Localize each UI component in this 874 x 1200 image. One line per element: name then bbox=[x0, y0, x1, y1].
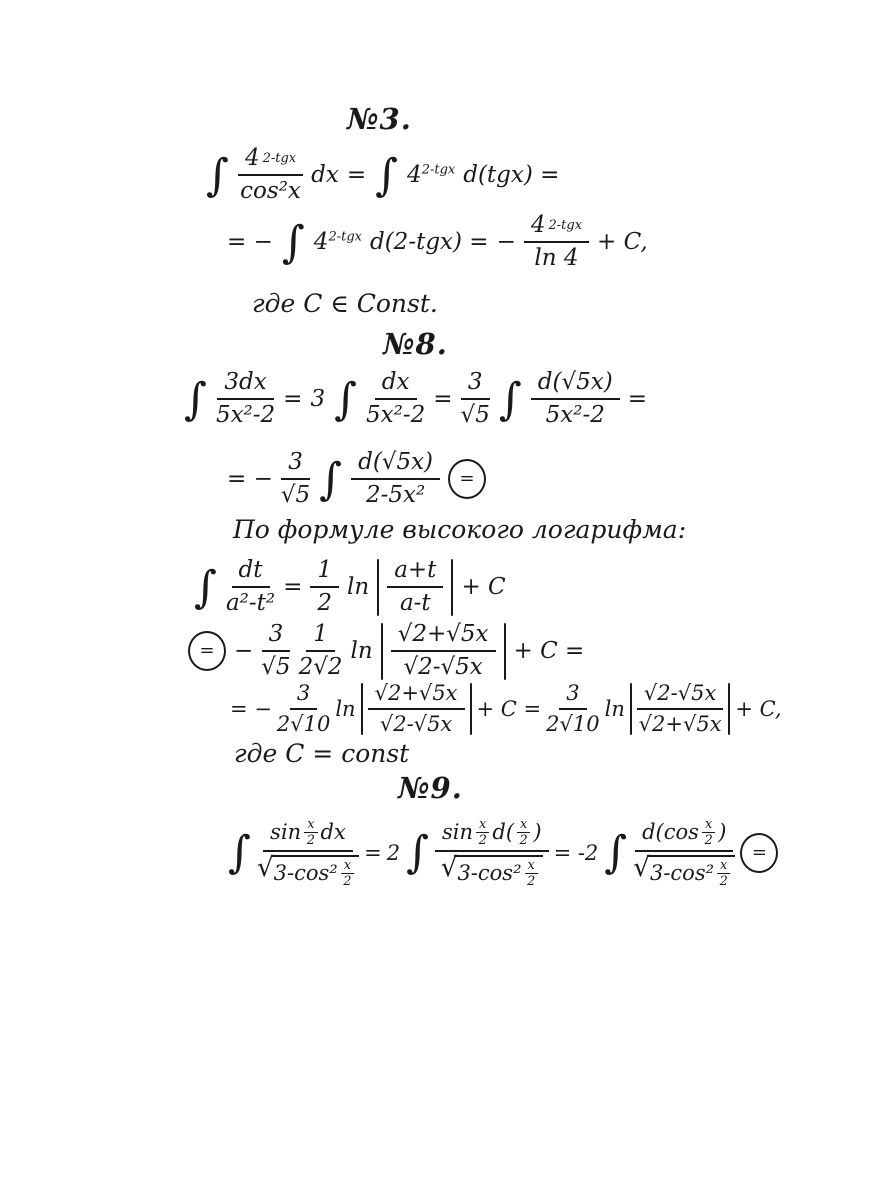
fraction-denominator: 2-5x² bbox=[366, 480, 425, 508]
radicand: 3-cos² x 2 bbox=[647, 855, 735, 888]
fraction: √2+√5x √2-√5x bbox=[368, 682, 465, 736]
base: 4 bbox=[407, 162, 422, 188]
mini-denominator-2: 2 bbox=[307, 833, 315, 847]
denominator-sqrt2-minus-sqrt5x: √2-√5x bbox=[403, 655, 482, 680]
radicand: 3-cos² x 2 bbox=[454, 855, 542, 888]
coefficient-2: 2 bbox=[387, 841, 400, 865]
numerator-3: 3 bbox=[468, 370, 483, 395]
three-minus-cos-squared: 3-cos² bbox=[650, 862, 714, 885]
minus: − bbox=[497, 229, 516, 255]
numerator-3dx: 3dx bbox=[224, 370, 266, 395]
natural-log: ln bbox=[335, 697, 355, 721]
abs-bar bbox=[470, 683, 472, 735]
fraction-numerator: 42-tgx bbox=[524, 213, 589, 243]
equals: = bbox=[628, 386, 647, 412]
fraction-denominator: ln 4 bbox=[534, 243, 578, 271]
problem-8-number: №8. bbox=[383, 328, 448, 361]
p9-line-1: ∫ sin x 2 dx √ 3-cos² x 2 bbox=[227, 818, 778, 888]
x-over-2: x 2 bbox=[525, 859, 538, 888]
scanned-handwritten-math-page: №3. ∫ 42-tgx cos²x dx = ∫ 42-tgx d(tgx) … bbox=[0, 0, 874, 1200]
mini-numerator-x: x bbox=[341, 859, 354, 874]
integral-sign: ∫ bbox=[228, 834, 251, 871]
fraction-denominator: 2√2 bbox=[299, 652, 343, 680]
p8-line-5: = − 3 √5 1 2√2 ln √2+√5x √2-√5x + C = bbox=[188, 622, 584, 681]
three-minus-cos-squared: 3-cos² bbox=[274, 862, 338, 885]
mini-denominator-2: 2 bbox=[720, 874, 728, 888]
fraction-denominator: 2√10 bbox=[546, 710, 599, 736]
natural-log: ln bbox=[351, 638, 373, 664]
fraction-numerator: a+t bbox=[387, 558, 443, 588]
fraction-numerator: d(√5x) bbox=[531, 370, 620, 400]
problem-3-heading: №3. bbox=[347, 103, 412, 136]
d-open-paren: d( bbox=[492, 821, 514, 844]
plus-c-equals: + C = bbox=[477, 697, 542, 721]
fraction-numerator: 3 bbox=[262, 622, 291, 652]
abs-bar bbox=[504, 623, 506, 680]
fraction-denominator: √ 3-cos² x 2 bbox=[633, 852, 735, 888]
fraction: sin x 2 d( x 2 ) √ 3-cos² bbox=[435, 818, 549, 888]
p3-where-note: где C ∈ Const. bbox=[252, 290, 438, 319]
plus-c: + C bbox=[461, 574, 505, 600]
fraction-denominator: 5x²-2 bbox=[216, 400, 275, 428]
denominator-a-minus-t: a-t bbox=[400, 591, 431, 616]
denominator-a2-t2: a²-t² bbox=[226, 591, 275, 616]
ln-4: ln 4 bbox=[534, 246, 578, 271]
fraction-denominator: √5 bbox=[281, 480, 310, 508]
exponent: 2-tgx bbox=[328, 229, 362, 244]
denominator-5x2-2: 5x²-2 bbox=[366, 403, 425, 428]
integral-sign: ∫ bbox=[406, 834, 429, 871]
power-term: 42-tgx bbox=[314, 229, 362, 255]
plus-c-comma: + C, bbox=[735, 697, 781, 721]
numerator-sqrt2-plus-sqrt5x: √2+√5x bbox=[375, 682, 458, 705]
fraction-numerator: 3dx bbox=[217, 370, 273, 400]
fraction-denominator: √5 bbox=[461, 400, 490, 428]
numerator-sqrt2-minus-sqrt5x: √2-√5x bbox=[644, 682, 716, 705]
p3-line-2: = − ∫ 42-tgx d(2-tgx) = − 42-tgx ln 4 + … bbox=[227, 213, 648, 272]
fraction-numerator: d(√5x) bbox=[351, 450, 440, 480]
fraction: 3dx 5x²-2 bbox=[216, 370, 275, 429]
integral-sign: ∫ bbox=[375, 157, 398, 194]
numerator-3: 3 bbox=[297, 682, 310, 705]
square-root: √ 3-cos² x 2 bbox=[633, 855, 735, 888]
abs-bar bbox=[451, 559, 453, 616]
fraction-denominator: √ 3-cos² x 2 bbox=[441, 852, 543, 888]
mini-denominator-2: 2 bbox=[479, 833, 487, 847]
fraction-numerator: 3 bbox=[559, 682, 586, 710]
integral-sign: ∫ bbox=[604, 834, 627, 871]
base: 4 bbox=[531, 213, 546, 238]
fraction: dx 5x²-2 bbox=[366, 370, 425, 429]
exponent: 2-tgx bbox=[263, 152, 297, 165]
mini-denominator-2: 2 bbox=[527, 874, 535, 888]
sin: sin bbox=[270, 821, 301, 844]
fraction-denominator: 2 bbox=[317, 588, 332, 616]
p8-line-1: ∫ 3dx 5x²-2 = 3 ∫ dx 5x²-2 = 3 √5 ∫ d(√5… bbox=[183, 370, 647, 429]
p8-formula-note: По формуле высокого логарифма: bbox=[233, 516, 686, 545]
fraction-numerator: dt bbox=[232, 558, 270, 588]
x-over-2: x 2 bbox=[702, 818, 715, 847]
minus: − bbox=[234, 638, 253, 664]
equals-minus: = − bbox=[227, 229, 273, 255]
mini-denominator-2: 2 bbox=[343, 874, 351, 888]
numerator-dx: dx bbox=[382, 370, 410, 395]
square-root: √ 3-cos² x 2 bbox=[441, 855, 543, 888]
coefficient-3: 3 bbox=[310, 386, 325, 412]
where-constant-text: где C = const bbox=[234, 740, 409, 769]
problem-9-number: №9. bbox=[398, 772, 463, 805]
natural-log: ln bbox=[347, 574, 369, 600]
fraction: 1 2√2 bbox=[299, 622, 343, 681]
fraction-numerator: √2+√5x bbox=[391, 622, 496, 652]
plus-c: + C, bbox=[597, 229, 648, 255]
differential: d(2-tgx) = bbox=[370, 229, 489, 255]
p3-line-1: ∫ 42-tgx cos²x dx = ∫ 42-tgx d(tgx) = bbox=[205, 146, 559, 205]
fraction-numerator: 42-tgx bbox=[238, 146, 303, 176]
problem-8-heading: №8. bbox=[383, 328, 448, 361]
d-cos-open: d(cos bbox=[642, 821, 699, 844]
fraction-numerator: √2+√5x bbox=[368, 682, 465, 710]
denominator-sqrt5: √5 bbox=[461, 403, 490, 428]
fraction-numerator: d(cos x 2 ) bbox=[635, 818, 733, 852]
mini-numerator-x: x bbox=[525, 859, 538, 874]
natural-log: ln bbox=[605, 697, 625, 721]
abs-bar bbox=[381, 623, 383, 680]
differential: d(tgx) = bbox=[463, 162, 559, 188]
equals: = bbox=[283, 386, 302, 412]
equals: = bbox=[283, 574, 302, 600]
mini-numerator-x: x bbox=[304, 818, 317, 833]
close-paren: ) bbox=[718, 821, 726, 844]
fraction-numerator: sin x 2 dx bbox=[263, 818, 353, 852]
p8-reference-formula: ∫ dt a²-t² = 1 2 ln a+t a-t + C bbox=[193, 558, 506, 617]
circled-equals-glyph: = bbox=[199, 641, 214, 662]
x-over-2: x 2 bbox=[717, 859, 730, 888]
cos-squared-x: cos²x bbox=[240, 179, 301, 204]
dx: dx bbox=[311, 162, 339, 188]
fraction-denominator: √2-√5x bbox=[380, 710, 452, 736]
fraction-numerator: 1 bbox=[310, 558, 339, 588]
fraction-denominator: cos²x bbox=[240, 176, 301, 204]
denominator-2-5x2: 2-5x² bbox=[366, 483, 425, 508]
circled-equals-glyph: = bbox=[459, 469, 474, 490]
denominator-2: 2 bbox=[317, 591, 332, 616]
fraction-denominator: √5 bbox=[261, 652, 290, 680]
numerator-d-sqrt5x: d(√5x) bbox=[538, 370, 613, 395]
power-term: 42-tgx bbox=[407, 162, 455, 188]
fraction: d(cos x 2 ) √ 3-cos² x 2 bbox=[633, 818, 735, 888]
integral-sign: ∫ bbox=[319, 461, 342, 498]
fraction: sin x 2 dx √ 3-cos² x 2 bbox=[257, 818, 359, 888]
circled-equals: = bbox=[188, 631, 226, 671]
equals: = bbox=[364, 841, 382, 865]
mini-numerator-x: x bbox=[517, 818, 530, 833]
mini-denominator-2: 2 bbox=[704, 833, 712, 847]
denominator-sqrt5: √5 bbox=[261, 655, 290, 680]
integral-sign: ∫ bbox=[334, 381, 357, 418]
fraction-denominator: 5x²-2 bbox=[546, 400, 605, 428]
fraction-denominator: √ 3-cos² x 2 bbox=[257, 852, 359, 888]
fraction-denominator: 5x²-2 bbox=[366, 400, 425, 428]
x-over-2: x 2 bbox=[517, 818, 530, 847]
p8-where-note: где C = const bbox=[234, 740, 409, 769]
x-over-2: x 2 bbox=[304, 818, 317, 847]
p8-line-6: = − 3 2√10 ln √2+√5x √2-√5x + C = 3 2√10… bbox=[230, 682, 782, 736]
denominator-2sqrt10: 2√10 bbox=[546, 713, 599, 736]
fraction-numerator: 3 bbox=[461, 370, 490, 400]
denominator-5x2-2: 5x²-2 bbox=[216, 403, 275, 428]
fraction-denominator: a-t bbox=[400, 588, 431, 616]
denominator-2sqrt2: 2√2 bbox=[299, 655, 343, 680]
x-over-2: x 2 bbox=[476, 818, 489, 847]
numerator-3: 3 bbox=[269, 622, 284, 647]
fraction-denominator: 2√10 bbox=[277, 710, 330, 736]
fraction: dt a²-t² bbox=[226, 558, 275, 617]
sin: sin bbox=[442, 821, 473, 844]
denominator-sqrt2-plus-sqrt5x: √2+√5x bbox=[639, 713, 722, 736]
numerator-d-sqrt5x: d(√5x) bbox=[358, 450, 433, 475]
base: 4 bbox=[314, 229, 329, 255]
fraction: √2-√5x √2+√5x bbox=[637, 682, 723, 736]
mini-numerator-x: x bbox=[476, 818, 489, 833]
circled-equals: = bbox=[448, 459, 486, 499]
integral-sign: ∫ bbox=[194, 569, 217, 606]
fraction-denominator: √2-√5x bbox=[403, 652, 482, 680]
square-root: √ 3-cos² x 2 bbox=[257, 855, 359, 888]
radicand: 3-cos² x 2 bbox=[271, 855, 359, 888]
numerator-sqrt2-plus-sqrt5x: √2+√5x bbox=[398, 622, 489, 647]
equals-minus: = − bbox=[227, 466, 273, 492]
abs-bar bbox=[377, 559, 379, 616]
integral-sign: ∫ bbox=[499, 381, 522, 418]
fraction: d(√5x) 2-5x² bbox=[351, 450, 440, 509]
dx: dx bbox=[321, 821, 346, 844]
problem-9-heading: №9. bbox=[398, 772, 463, 805]
fraction-numerator: √2-√5x bbox=[637, 682, 723, 710]
abs-bar bbox=[728, 683, 730, 735]
exponent: 2-tgx bbox=[422, 162, 456, 177]
numerator-3: 3 bbox=[566, 682, 579, 705]
numerator-3: 3 bbox=[288, 450, 303, 475]
fraction: √2+√5x √2-√5x bbox=[391, 622, 496, 681]
denominator-sqrt2-minus-sqrt5x: √2-√5x bbox=[380, 713, 452, 736]
numerator-1: 1 bbox=[313, 622, 328, 647]
denominator-5x2-2: 5x²-2 bbox=[546, 403, 605, 428]
p8-line-2: = − 3 √5 ∫ d(√5x) 2-5x² = bbox=[227, 450, 486, 509]
fraction: 42-tgx cos²x bbox=[238, 146, 303, 205]
equals-minus-2: = -2 bbox=[554, 841, 599, 865]
circled-equals-glyph: = bbox=[752, 843, 767, 864]
fraction-numerator: sin x 2 d( x 2 ) bbox=[435, 818, 549, 852]
fraction: 3 2√10 bbox=[546, 682, 599, 736]
circled-equals: = bbox=[740, 833, 778, 873]
denominator-2sqrt10: 2√10 bbox=[277, 713, 330, 736]
plus-c-equals: + C = bbox=[514, 638, 585, 664]
fraction: 3 √5 bbox=[261, 622, 290, 681]
fraction: 3 √5 bbox=[281, 450, 310, 509]
three-minus-cos-squared: 3-cos² bbox=[457, 862, 521, 885]
fraction-numerator: 1 bbox=[306, 622, 335, 652]
integral-sign: ∫ bbox=[282, 224, 305, 261]
fraction: 42-tgx ln 4 bbox=[524, 213, 589, 272]
fraction: 3 √5 bbox=[461, 370, 490, 429]
fraction-denominator: √2+√5x bbox=[639, 710, 722, 736]
fraction: 1 2 bbox=[310, 558, 339, 617]
integral-sign: ∫ bbox=[206, 157, 229, 194]
where-constant-text: где C ∈ Const. bbox=[252, 290, 438, 319]
formula-note-text: По формуле высокого логарифма: bbox=[233, 516, 686, 545]
equals-minus: = − bbox=[230, 697, 272, 721]
mini-numerator-x: x bbox=[702, 818, 715, 833]
fraction-denominator: a²-t² bbox=[226, 588, 275, 616]
fraction: 3 2√10 bbox=[277, 682, 330, 736]
mini-numerator-x: x bbox=[717, 859, 730, 874]
fraction-numerator: 3 bbox=[281, 450, 310, 480]
integral-sign: ∫ bbox=[184, 381, 207, 418]
numerator-a-plus-t: a+t bbox=[394, 558, 436, 583]
numerator-1: 1 bbox=[317, 558, 332, 583]
equals: = bbox=[433, 386, 452, 412]
problem-3-number: №3. bbox=[347, 103, 412, 136]
base: 4 bbox=[245, 146, 260, 171]
abs-bar bbox=[361, 683, 363, 735]
fraction-numerator: dx bbox=[375, 370, 417, 400]
fraction: a+t a-t bbox=[387, 558, 443, 617]
close-paren: ) bbox=[533, 821, 541, 844]
equals: = bbox=[347, 162, 366, 188]
exponent: 2-tgx bbox=[549, 219, 583, 232]
fraction: d(√5x) 5x²-2 bbox=[531, 370, 620, 429]
mini-denominator-2: 2 bbox=[520, 833, 528, 847]
abs-bar bbox=[630, 683, 632, 735]
denominator-sqrt5: √5 bbox=[281, 483, 310, 508]
numerator-dt: dt bbox=[239, 558, 263, 583]
fraction-numerator: 3 bbox=[290, 682, 317, 710]
x-over-2: x 2 bbox=[341, 859, 354, 888]
